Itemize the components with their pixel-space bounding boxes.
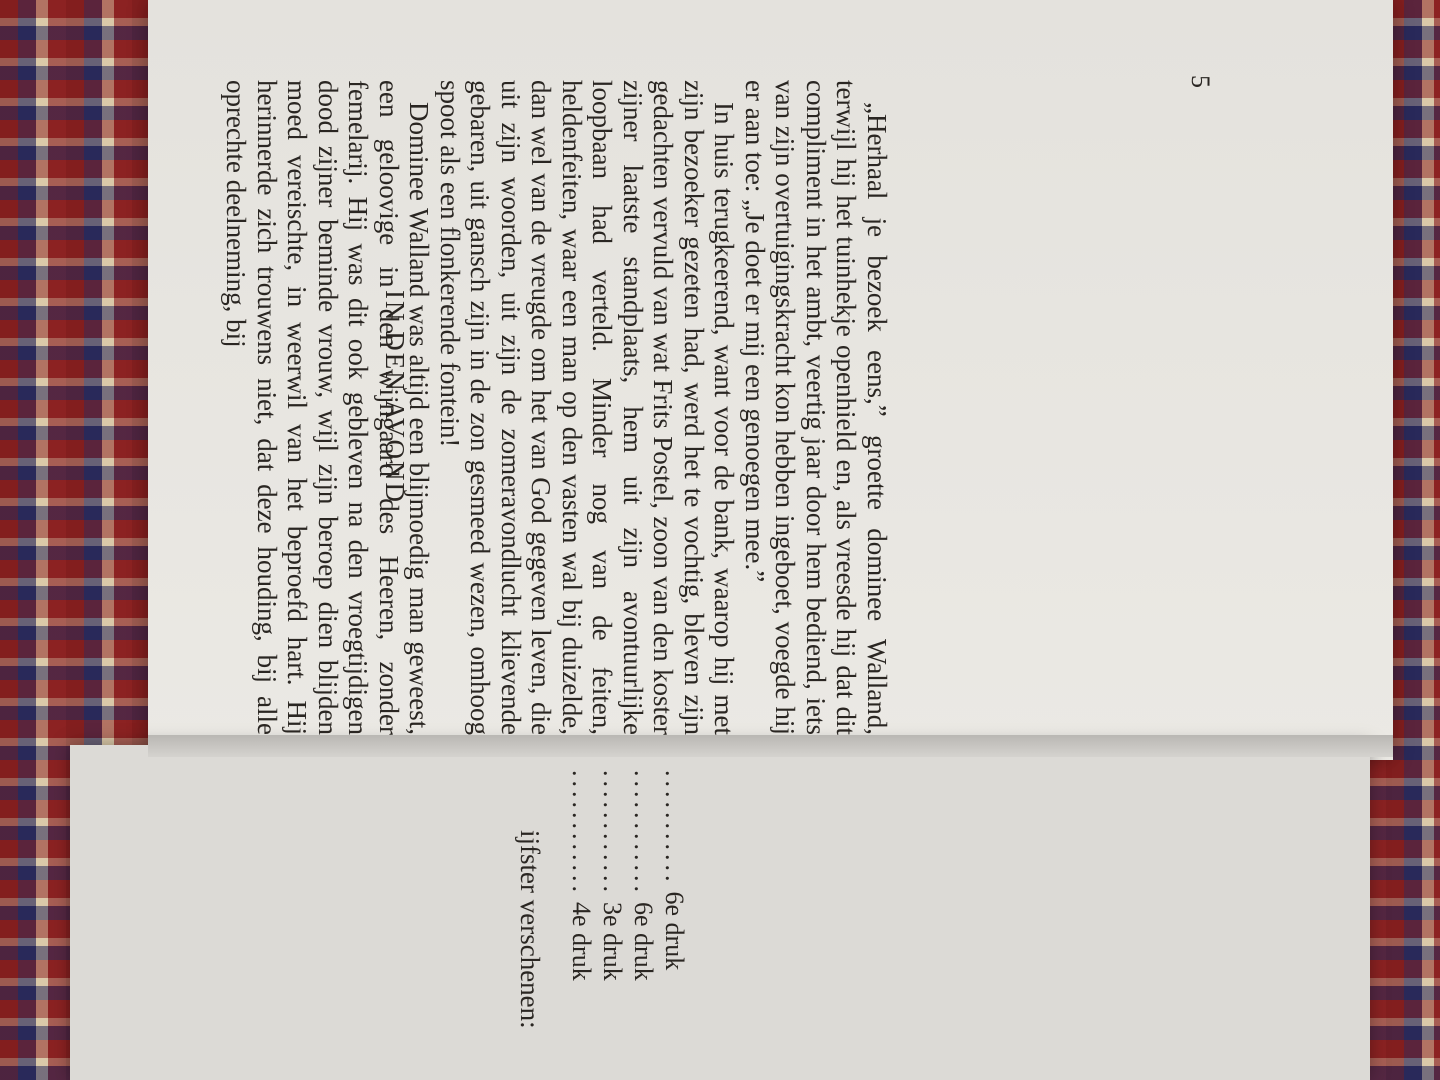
list-item: ...........6e druk	[659, 770, 690, 981]
list-item: ............4e druk	[566, 770, 597, 981]
list-item: ............3e druk	[597, 770, 628, 981]
book-gutter	[148, 735, 1393, 757]
paragraph: „Herhaal je bezoek eens,” groette domine…	[740, 80, 893, 735]
body-text: „Herhaal je bezoek eens,” groette domine…	[221, 80, 892, 735]
page-number: 5	[1185, 75, 1215, 88]
list-item: ............6e druk	[628, 770, 659, 981]
left-page-heading: ijfster verschenen:	[514, 830, 545, 1029]
paragraph: In huis terugkeerend, want voor de bank,…	[435, 80, 740, 735]
paragraph: Dominee Walland was altijd een blijmoedi…	[221, 80, 435, 735]
left-book-page	[70, 745, 1370, 1080]
edition-list: ...........6e druk ............6e druk .…	[566, 770, 690, 981]
